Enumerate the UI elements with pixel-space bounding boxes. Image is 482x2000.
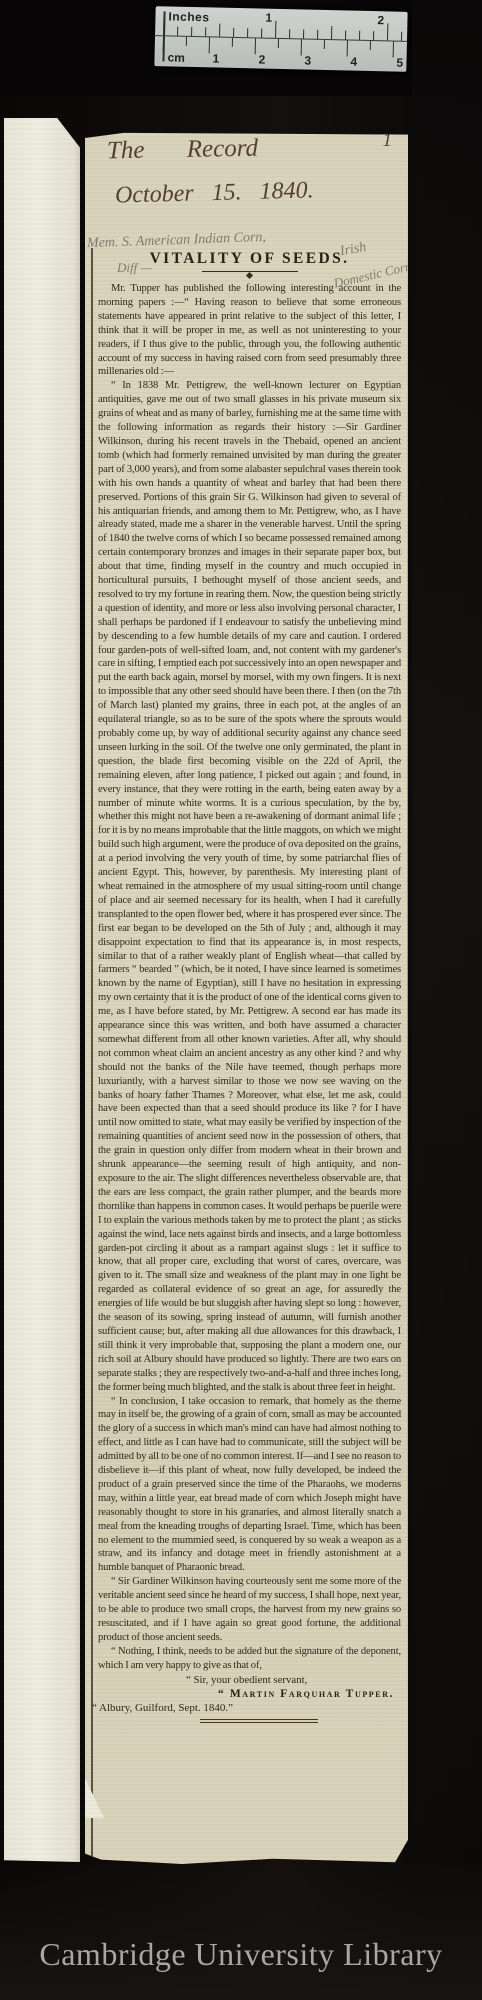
ruler-tick	[359, 31, 361, 40]
ruler-tick	[387, 23, 389, 40]
article-paragraph: “ Sir Gardiner Wilkinson having courteou…	[98, 1575, 401, 1645]
backing-cloth-shade	[412, 0, 482, 2000]
ruler-tick	[255, 38, 257, 54]
article-title: VITALITY OF SEEDS.	[98, 250, 401, 268]
article-paragraph: “ Nothing, I think, needs to be added bu…	[98, 1645, 401, 1673]
ruler-tick	[247, 28, 249, 37]
ruler-tick	[301, 39, 303, 55]
photo-scale-ruler: Inches cm 1 2 1 2 3 4 5	[154, 6, 407, 72]
ruler-tick	[261, 29, 263, 38]
ruler-tick	[186, 37, 188, 46]
ruler-cm-numeral: 5	[396, 56, 403, 70]
ruler-tick	[177, 27, 179, 36]
ruler-cm-label: cm	[167, 50, 185, 64]
ruler-cm-numeral: 2	[258, 52, 265, 66]
ruler-tick	[373, 31, 375, 40]
ruler-tick	[345, 30, 347, 39]
ruler-tick	[233, 28, 235, 37]
ruler-tick	[303, 30, 305, 39]
ruler-tick	[317, 30, 319, 39]
ruler-cm-numeral: 1	[212, 51, 219, 65]
article: VITALITY OF SEEDS. Mr. Tupper has publis…	[85, 132, 408, 1723]
backing-cloth-footer-shade	[0, 1860, 482, 2000]
album-page-edge	[4, 118, 80, 1862]
ruler-tick	[289, 29, 291, 38]
ruler-cm-numeral: 4	[350, 55, 357, 69]
ruler-cm-numeral: 3	[304, 54, 311, 68]
ruler-tick	[219, 24, 221, 37]
ruler-tick	[275, 21, 277, 38]
article-paragraph: “ In conclusion, I take occasion to rema…	[98, 1395, 401, 1576]
article-body: Mr. Tupper has published the following i…	[98, 282, 401, 1673]
ruler-tick	[191, 27, 193, 36]
ruler-tick	[232, 38, 234, 47]
ruler-inch-numeral: 2	[377, 13, 384, 27]
ruler-tick	[347, 40, 349, 56]
paper-fold-corner	[85, 1776, 104, 1818]
ruler-inches-label: Inches	[168, 9, 209, 24]
scanned-archive-page: { "ruler": { "top_unit": "Inches", "bott…	[0, 0, 482, 2000]
article-paragraph: “ In 1838 Mr. Pettigrew, the well-known …	[98, 379, 401, 1394]
ruler-tick	[324, 40, 326, 49]
signoff-salutation: “ Sir, your obedient servant,	[98, 1673, 401, 1687]
signoff-place: “ Albury, Guilford, Sept. 1840.”	[92, 1701, 401, 1716]
ruler-tick	[278, 39, 280, 48]
ruler-tick	[393, 42, 395, 58]
ruler-tick	[401, 32, 403, 41]
ruler-tick	[370, 41, 372, 50]
ruler-inch-numeral: 1	[265, 11, 272, 25]
newspaper-clipping: The Record October 15. 1840. 1 Mem. S. A…	[85, 132, 408, 1864]
article-paragraph: Mr. Tupper has published the following i…	[98, 282, 401, 379]
ruler-tick	[209, 37, 211, 53]
ruler-tick	[205, 27, 207, 36]
diamond-ornament-icon	[246, 272, 253, 279]
ruler-tick	[331, 26, 333, 39]
signoff-name: “ Martin Farquhar Tupper.	[98, 1687, 401, 1702]
end-double-rule	[200, 1719, 318, 1723]
library-watermark: Cambridge University Library	[0, 1936, 482, 1973]
